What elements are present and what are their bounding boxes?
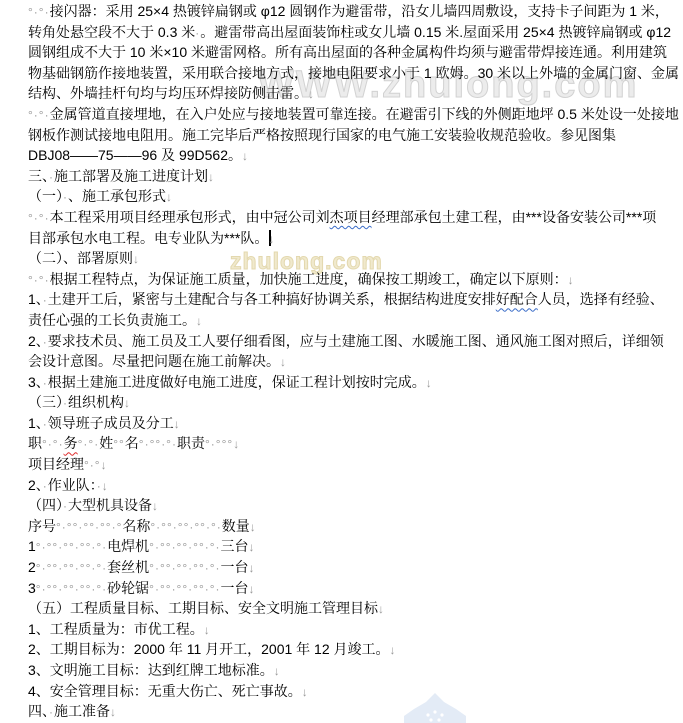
text-line[interactable]: 物基础钢筋作接地装置，采用联合接地方式，接地电阻要求小于 1 欧姆。30 米以上…: [28, 63, 679, 84]
text-segment: 、施工承包形式: [68, 188, 166, 204]
text-segment: 人员，选择有经验、: [538, 291, 664, 307]
formatting-mark: ↓: [110, 705, 117, 719]
text-segment: （四）: [28, 497, 63, 513]
formatting-mark: °·°°·°°·°°·°·: [150, 520, 221, 534]
formatting-mark: °·°°·°°·°°·°·: [149, 582, 220, 596]
text-line[interactable]: 项目经理°·°↓: [28, 454, 679, 475]
text-line[interactable]: DBJ08——75——96 及 99D562。↓: [28, 145, 679, 166]
text-segment: 姓: [99, 435, 113, 451]
text-line[interactable]: 转角处悬空段不大于 0.3 米·。避雷带高出屋面装饰柱或女儿墙 0.15 米.屋…: [28, 22, 679, 43]
text-line[interactable]: 目部承包水电工程。电专业队为***队。↓: [28, 228, 679, 249]
formatting-mark: °·°·: [42, 437, 64, 451]
text-line[interactable]: 3°·°°·°°·°°·°·砂轮锯°·°°·°°·°°·°·一台↓: [28, 578, 679, 599]
text-segment: 项目经理: [28, 456, 84, 472]
formatting-mark: °·°·: [28, 108, 50, 122]
text-segment: 2、: [28, 333, 43, 349]
formatting-mark: °·°: [84, 458, 101, 472]
formatting-mark: ↓: [124, 396, 131, 410]
formatting-mark: ↓: [568, 273, 575, 287]
text-line[interactable]: 2、·要求技术员、施工员及工人要仔细看图，应与土建施工图、水暖施工图、通风施工图…: [28, 331, 679, 352]
formatting-mark: °·°°·°°·°°·°·: [149, 561, 220, 575]
text-segment: 三、: [28, 168, 49, 184]
text-line[interactable]: 1、·土建开工后，紧密与土建配合与各工种搞好协调关系，根据结构进度安排好配合人员…: [28, 289, 679, 310]
text-line[interactable]: （四）·大型机具设备↓: [28, 495, 679, 516]
formatting-mark: ↓: [174, 417, 181, 431]
text-line[interactable]: °·°·金属管道直接埋地，在入户处应与接地装置可靠连接。在避雷引下线的外侧距地坪…: [28, 104, 679, 125]
text-line[interactable]: 4、安全管理目标：无重大伤亡、死亡事故。↓: [28, 681, 679, 702]
formatting-mark: ↓: [102, 479, 109, 493]
formatting-mark: ↓: [280, 355, 287, 369]
text-segment: 根据工程特点，为保证施工质量，加快施工进度，确保按工期竣工，确定以下原则：: [50, 271, 568, 287]
text-line[interactable]: °·°·本工程采用项目经理承包形式，由中冠公司刘杰项目经理部承包土建工程，由**…: [28, 207, 679, 228]
text-line[interactable]: 3、文明施工目标：达到红牌工地标准。↓: [28, 660, 679, 681]
text-line[interactable]: °·°·接闪器：采用 25×4 热镀锌扁钢或 φ12 圆钢作为避雷带，沿女儿墙四…: [28, 1, 679, 22]
formatting-mark: ↓: [166, 190, 173, 204]
text-segment: 接闪器：采用 25×4 热镀锌扁钢或 φ12 圆钢作为避雷带，沿女儿墙四周敷设，…: [50, 3, 669, 19]
formatting-mark: ↓: [378, 602, 385, 616]
formatting-mark: °·°°·°·: [139, 437, 177, 451]
text-segment: 名称: [122, 518, 150, 534]
text-line[interactable]: （五）工程质量目标、工期目标、安全文明施工管理目标↓: [28, 598, 679, 619]
text-line[interactable]: 2、工期目标为：2000 年 11 月开工，2001 年 12 月竣工。↓: [28, 639, 679, 660]
formatting-mark: ↓: [302, 685, 309, 699]
text-segment: 本工程采用项目经理承包形式，由中冠公司刘: [50, 209, 330, 225]
grammar-underlined-text: 好配合: [496, 291, 538, 307]
text-line[interactable]: 四、·施工准备↓: [28, 701, 679, 722]
text-line[interactable]: 结构、外墙挂杆句均与均压环焊接防侧击雷。↓: [28, 83, 679, 104]
text-line[interactable]: （二）、部署原则↓: [28, 248, 679, 269]
text-line[interactable]: （三）·组织机构↓: [28, 392, 679, 413]
formatting-mark: °·°°·°°·°°·°·: [36, 582, 107, 596]
text-segment: 数量: [222, 518, 250, 534]
text-segment: 套丝机: [107, 559, 149, 575]
text-line[interactable]: 圆钢组成不大于 10 米×10 米避雷网格。所有高出屋面的各种金属构件均须与避雷…: [28, 42, 679, 63]
text-segment: 职责: [177, 435, 205, 451]
text-segment: 3、文明施工目标：达到红牌工地标准。: [28, 662, 274, 678]
text-segment: 土建开工后，紧密与土建配合与各工种搞好协调关系，根据结构进度安排: [48, 291, 496, 307]
text-segment: 1、: [28, 291, 43, 307]
text-segment: 1、: [28, 415, 43, 431]
formatting-mark: °·°·: [28, 273, 50, 287]
text-segment: 2、工期目标为：2000 年 11 月开工，2001 年 12 月竣工。: [28, 641, 390, 657]
text-line[interactable]: 1、·领导班子成员及分工↓: [28, 413, 679, 434]
formatting-mark: ↓: [274, 664, 281, 678]
text-line[interactable]: 职°·°·务°·°·姓°°名°·°°·°·职责°·°°°↓: [28, 433, 679, 454]
formatting-mark: °·°°·°°·°°·°: [56, 520, 122, 534]
formatting-mark: ↓: [208, 170, 215, 184]
text-segment: 领导班子成员及分工: [48, 415, 174, 431]
text-segment: 1、工程质量为：市优工程。: [28, 621, 204, 637]
text-segment: 2、: [28, 477, 43, 493]
formatting-mark: ↓: [250, 520, 257, 534]
document-text-area[interactable]: °·°·接闪器：采用 25×4 热镀锌扁钢或 φ12 圆钢作为避雷带，沿女儿墙四…: [28, 1, 679, 722]
text-segment: 转角处悬空段不大于 0.3 米: [28, 24, 195, 40]
formatting-mark: ↓: [249, 582, 256, 596]
text-segment: 大型机具设备: [68, 497, 152, 513]
formatting-mark: ↓: [308, 87, 315, 101]
formatting-mark: °·°·: [28, 211, 50, 225]
text-segment: 钢板作测试接地电阻用。施工完毕后严格按照现行国家的电气施工安装验收规范验收。参见…: [28, 127, 616, 143]
text-segment: 名: [125, 435, 139, 451]
text-line[interactable]: °·°·根据工程特点，为保证施工质量，加快施工进度，确保按工期竣工，确定以下原则…: [28, 269, 679, 290]
formatting-mark: ↓: [152, 499, 159, 513]
text-segment: 要求技术员、施工员及工人要仔细看图，应与土建施工图、水暖施工图、通风施工图对照后…: [48, 333, 664, 349]
text-line[interactable]: 序号°·°°·°°·°°·°名称°·°°·°°·°°·°·数量↓: [28, 516, 679, 537]
text-segment: （一）: [28, 188, 63, 204]
formatting-mark: ↓: [133, 252, 140, 266]
text-segment: 职: [28, 435, 42, 451]
text-segment: （三）: [28, 394, 63, 410]
text-segment: 1: [28, 538, 36, 554]
text-segment: 3: [28, 580, 36, 596]
text-segment: 砂轮锯: [107, 580, 149, 596]
text-line[interactable]: 责任心强的工长负责施工。↓: [28, 310, 679, 331]
formatting-mark: °·°°·°°·°°·°·: [149, 540, 220, 554]
document-page: WWW.zhulong.com zhulong.com °·°·接闪器：采用 2…: [0, 0, 683, 723]
text-line[interactable]: 3、·根据土建施工进度做好电施工进度，保证工程计划按时完成。↓: [28, 372, 679, 393]
formatting-mark: ↓: [249, 561, 256, 575]
formatting-mark: ↓: [204, 623, 211, 637]
text-segment: 一台: [221, 559, 249, 575]
text-segment: 。避雷带高出屋面装饰柱或女儿墙 0.15 米.屋面采用 25×4 热镀锌扁钢或 …: [200, 24, 671, 40]
text-line[interactable]: 1、工程质量为：市优工程。↓: [28, 619, 679, 640]
formatting-mark: ↓: [101, 458, 108, 472]
formatting-mark: ↓: [249, 540, 256, 554]
text-segment: 4、安全管理目标：无重大伤亡、死亡事故。: [28, 683, 302, 699]
grammar-underlined-text: 杰项目: [330, 209, 372, 225]
text-segment: （五）工程质量目标、工期目标、安全文明施工管理目标: [28, 600, 378, 616]
text-segment: 结构、外墙挂杆句均与均压环焊接防侧击雷。: [28, 85, 308, 101]
formatting-mark: ↓: [242, 149, 249, 163]
text-segment: 施工部署及施工进度计划: [54, 168, 208, 184]
text-segment: 根据土建施工进度做好电施工进度，保证工程计划按时完成。: [48, 374, 426, 390]
formatting-mark: °°: [113, 437, 125, 451]
text-segment: 一台: [221, 580, 249, 596]
text-segment: 序号: [28, 518, 56, 534]
spellcheck-underlined-text: 务: [64, 435, 78, 451]
text-segment: 会设计意图。尽量把问题在施工前解决。: [28, 353, 280, 369]
formatting-mark: ↓: [233, 437, 240, 451]
text-segment: 目部承包水电工程。电专业队为***队。: [28, 230, 268, 246]
text-line[interactable]: 会设计意图。尽量把问题在施工前解决。↓: [28, 351, 679, 372]
text-segment: 作业队：: [48, 477, 97, 493]
formatting-mark: ↓: [390, 643, 397, 657]
formatting-mark: °·°°·°°·°°·°·: [36, 561, 107, 575]
formatting-mark: °·°°°: [205, 437, 233, 451]
formatting-mark: ↓: [196, 314, 203, 328]
text-line[interactable]: 1°·°°·°°·°°·°·电焊机°·°°·°°·°°·°·三台↓: [28, 536, 679, 557]
text-segment: 电焊机: [107, 538, 149, 554]
text-segment: 圆钢组成不大于 10 米×10 米避雷网格。所有高出屋面的各种金属构件均须与避雷…: [28, 44, 667, 60]
formatting-mark: ↓: [426, 376, 433, 390]
text-line[interactable]: （一）·、施工承包形式↓: [28, 186, 679, 207]
text-line[interactable]: 2°·°°·°°·°°·°·套丝机°·°°·°°·°°·°·一台↓: [28, 557, 679, 578]
text-line[interactable]: 三、·施工部署及施工进度计划↓: [28, 166, 679, 187]
formatting-mark: °·°°·°°·°°·°·: [36, 540, 107, 554]
text-segment: 责任心强的工长负责施工。: [28, 312, 196, 328]
text-segment: 2: [28, 559, 36, 575]
text-segment: 施工准备: [54, 703, 110, 719]
text-segment: 四、: [28, 703, 49, 719]
formatting-mark: °·°·: [78, 437, 100, 451]
text-segment: （二）、部署原则: [28, 250, 133, 266]
text-segment: DBJ08——75——96 及 99D562。: [28, 147, 242, 163]
text-segment: 组织机构: [68, 394, 124, 410]
formatting-mark: ↓: [268, 232, 275, 246]
text-segment: 三台: [221, 538, 249, 554]
text-segment: 金属管道直接埋地，在入户处应与接地装置可靠连接。在避雷引下线的外侧距地坪 0.5…: [50, 106, 679, 122]
text-segment: 物基础钢筋作接地装置，采用联合接地方式，接地电阻要求小于 1 欧姆。30 米以上…: [28, 65, 679, 81]
text-line[interactable]: 钢板作测试接地电阻用。施工完毕后严格按照现行国家的电气施工安装验收规范验收。参见…: [28, 125, 679, 146]
text-segment: 经理部承包土建工程，由***设备安装公司***项: [372, 209, 657, 225]
text-segment: 3、: [28, 374, 43, 390]
formatting-mark: °·°·: [28, 5, 50, 19]
text-line[interactable]: 2、·作业队：·↓: [28, 475, 679, 496]
